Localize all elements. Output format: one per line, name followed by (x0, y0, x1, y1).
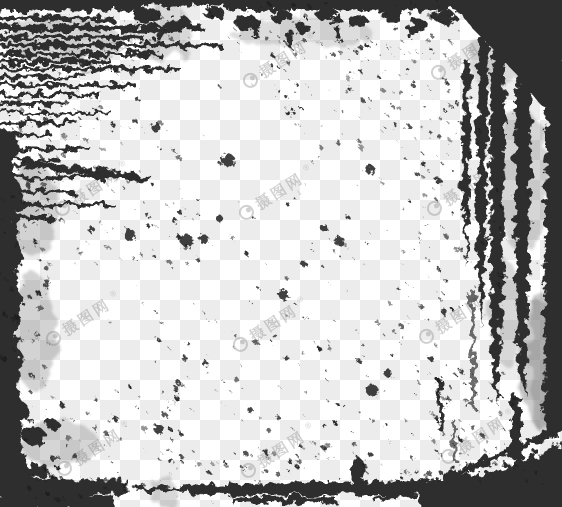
ink-speck (405, 322, 406, 323)
ink-speck (23, 284, 24, 285)
ink-speck (300, 21, 301, 22)
ink-speck (389, 440, 390, 441)
ink-speck (206, 354, 207, 355)
ink-speck (104, 478, 109, 483)
ink-speck (53, 181, 55, 183)
ink-speck (465, 441, 466, 442)
ink-speck (13, 349, 15, 351)
ink-speck (19, 232, 21, 234)
ink-speck (273, 334, 278, 339)
ink-speck (330, 239, 331, 240)
ink-speck (487, 441, 490, 444)
ink-speck (19, 122, 20, 123)
ink-speck (365, 44, 369, 48)
ink-speck (80, 125, 82, 127)
ink-speck (13, 273, 15, 275)
ink-speck (312, 243, 313, 244)
ink-speck (112, 172, 113, 173)
ink-speck (139, 396, 140, 397)
ink-speck (234, 334, 237, 337)
ink-speck (426, 39, 430, 43)
ink-speck (183, 462, 184, 463)
ink-speck (291, 107, 292, 108)
ink-speck (429, 247, 431, 249)
ink-speck (441, 163, 443, 165)
ink-speck (392, 91, 394, 93)
ink-speck (420, 239, 421, 240)
ink-speck (421, 126, 424, 129)
ink-speck (408, 316, 409, 317)
ink-speck (189, 38, 190, 39)
ink-speck (348, 70, 351, 73)
ink-speck (321, 265, 324, 268)
ink-speck (459, 246, 463, 250)
ink-speck (421, 161, 426, 166)
ink-speck (353, 452, 354, 453)
ink-speck (30, 391, 33, 394)
ink-speck (395, 5, 396, 6)
ink-speck (318, 347, 322, 351)
ink-speck (455, 101, 459, 105)
ink-speck (290, 108, 293, 111)
ink-speck (453, 43, 454, 44)
ink-speck (55, 455, 59, 459)
ink-speck (99, 220, 103, 224)
ink-speck (307, 317, 309, 319)
ink-speck (74, 455, 75, 456)
ink-speck (204, 136, 205, 137)
ink-speck (151, 54, 152, 55)
ink-speck (65, 120, 67, 122)
ink-speck (33, 240, 37, 244)
ink-speck (98, 105, 102, 109)
ink-speck (176, 154, 181, 159)
ink-speck (244, 469, 245, 470)
ink-speck (443, 278, 444, 279)
ink-speck (94, 398, 97, 401)
ink-speck (456, 133, 458, 135)
ink-speck (225, 464, 229, 468)
ink-speck (447, 121, 449, 123)
ink-speck (511, 406, 513, 408)
ink-speck (391, 354, 394, 357)
ink-speck (495, 188, 498, 191)
ink-speck (190, 409, 192, 411)
ink-speck (113, 416, 119, 422)
ink-speck (194, 6, 195, 7)
ink-speck (522, 375, 523, 376)
ink-speck (169, 348, 170, 349)
ink-speck (518, 430, 519, 431)
ink-speck (19, 239, 21, 241)
ink-speck (427, 224, 429, 226)
ink-speck (442, 293, 443, 294)
ink-speck (444, 109, 447, 112)
ink-speck (386, 71, 387, 72)
ink-speck (167, 205, 168, 206)
ink-speck (409, 473, 411, 475)
ink-speck (436, 391, 438, 393)
ink-speck (26, 231, 27, 232)
ink-speck (32, 207, 34, 209)
ink-speck (349, 59, 350, 60)
ink-speck (451, 435, 452, 436)
ink-speck (426, 258, 429, 261)
ink-speck (31, 125, 33, 127)
ink-speck (292, 3, 296, 7)
ink-speck (18, 128, 22, 132)
ink-speck (347, 290, 349, 292)
ink-speck (366, 36, 368, 38)
ink-speck (233, 346, 235, 348)
ink-speck (354, 50, 358, 54)
ink-speck (114, 206, 115, 207)
ink-speck (140, 171, 142, 173)
ink-speck (336, 140, 340, 144)
ink-speck (187, 342, 190, 345)
ink-speck (408, 322, 410, 324)
ink-speck (285, 95, 288, 98)
ink-speck (24, 438, 28, 442)
ink-speck (424, 474, 428, 478)
ink-speck (400, 75, 401, 76)
ink-speck (367, 106, 368, 107)
ink-speck (169, 428, 173, 432)
ink-speck (299, 124, 301, 126)
ink-speck (64, 200, 66, 202)
ink-speck (185, 216, 187, 218)
ink-speck (342, 133, 343, 134)
ink-speck (411, 13, 412, 14)
ink-speck (323, 424, 327, 428)
ink-speck (147, 412, 148, 413)
ink-speck (105, 56, 106, 57)
ink-speck (109, 321, 112, 324)
ink-speck (64, 100, 69, 105)
ink-speck (295, 464, 299, 468)
ink-speck (457, 436, 458, 437)
ink-speck (432, 439, 436, 443)
ink-speck (278, 385, 280, 387)
ink-speck (358, 45, 363, 50)
ink-speck (13, 243, 18, 248)
ink-speck (63, 181, 64, 182)
ink-speck (353, 484, 354, 485)
ink-speck (532, 457, 533, 458)
ink-speck (79, 440, 80, 441)
ink-speck (178, 431, 181, 434)
ink-speck (452, 106, 454, 108)
ink-speck (418, 241, 420, 243)
ink-speck (318, 156, 320, 158)
ink-speck (328, 341, 329, 342)
ink-speck (483, 289, 484, 290)
ink-speck (319, 146, 323, 150)
ink-speck (359, 69, 362, 72)
ink-speck (369, 232, 370, 233)
ink-speck (384, 335, 386, 337)
ink-speck (45, 279, 50, 284)
ink-speck (173, 203, 174, 204)
ink-speck (144, 203, 145, 204)
ink-speck (436, 267, 440, 271)
ink-speck (300, 350, 303, 353)
ink-speck (345, 90, 349, 94)
ink-speck (331, 52, 335, 56)
ink-speck (132, 257, 136, 261)
ink-speck (443, 314, 445, 316)
ink-speck (344, 243, 348, 247)
ink-speck (345, 76, 350, 81)
ink-speck (348, 48, 349, 49)
ink-speck (329, 90, 330, 91)
ink-speck (19, 109, 25, 115)
ink-speck (51, 474, 54, 477)
ink-speck (478, 411, 480, 413)
ink-speck (377, 75, 380, 78)
ink-speck (143, 6, 144, 7)
ink-speck (123, 485, 126, 488)
ink-speck (119, 438, 122, 441)
ink-speck (258, 37, 260, 39)
ink-speck (2, 108, 4, 110)
ink-speck (7, 105, 9, 107)
ink-speck (47, 199, 50, 202)
ink-speck (107, 68, 108, 69)
ink-speck (403, 265, 404, 266)
ink-speck (1, 198, 3, 200)
ink-speck (335, 41, 336, 42)
ink-speck (330, 54, 331, 55)
ink-speck (458, 455, 459, 456)
ink-speck (311, 160, 313, 162)
ink-speck (455, 248, 459, 252)
ink-speck (444, 234, 449, 239)
ink-speck (49, 154, 50, 155)
ink-speck (332, 249, 335, 252)
ink-speck (276, 23, 277, 24)
ink-speck (324, 56, 326, 58)
ink-speck (359, 145, 364, 150)
ink-speck (210, 243, 211, 244)
ink-speck (234, 452, 236, 454)
ink-speck (20, 338, 23, 341)
ink-speck (228, 37, 229, 38)
ink-speck (292, 112, 293, 113)
ink-speck (334, 110, 335, 111)
ink-speck (355, 22, 356, 23)
ink-speck (360, 117, 361, 118)
ink-speck (231, 392, 232, 393)
ink-speck (60, 426, 61, 427)
ink-speck (454, 431, 455, 432)
ink-speck (105, 245, 109, 249)
ink-speck (65, 435, 71, 441)
ink-speck (12, 66, 14, 68)
ink-speck (17, 98, 21, 102)
ink-speck (78, 250, 82, 254)
ink-speck (393, 130, 394, 131)
ink-speck (120, 258, 121, 259)
ink-blot (366, 384, 378, 396)
ink-speck (93, 128, 94, 129)
ink-speck (418, 177, 419, 178)
ink-speck (384, 127, 385, 128)
ink-speck (152, 254, 156, 258)
ink-speck (35, 290, 41, 296)
ink-speck (79, 118, 81, 120)
ink-speck (414, 249, 415, 250)
ink-speck (159, 147, 161, 149)
ink-speck (35, 497, 37, 499)
ink-speck (197, 214, 199, 216)
ink-speck (144, 132, 146, 134)
ink-speck (215, 320, 217, 322)
ink-speck (121, 87, 124, 90)
ink-speck (278, 90, 281, 93)
ink-speck (233, 377, 238, 382)
ink-speck (429, 48, 432, 51)
ink-speck (465, 404, 468, 407)
ink-speck (12, 128, 14, 130)
ink-speck (467, 134, 468, 135)
ink-speck (458, 419, 460, 421)
ink-speck (481, 433, 485, 437)
ink-speck (476, 392, 478, 394)
ink-speck (465, 463, 468, 466)
ink-speck (542, 483, 544, 485)
ink-speck (476, 477, 477, 478)
ink-speck (185, 208, 186, 209)
ink-speck (293, 112, 296, 115)
ink-speck (51, 214, 53, 216)
ink-speck (55, 465, 60, 470)
ink-speck (35, 246, 36, 247)
ink-speck (19, 305, 20, 306)
ink-speck (38, 149, 39, 150)
ink-speck (82, 478, 83, 479)
ink-speck (357, 40, 358, 41)
ink-speck (438, 392, 440, 394)
ink-speck (48, 115, 49, 116)
ink-speck (430, 58, 431, 59)
ink-speck (219, 15, 220, 16)
ink-speck (422, 53, 423, 54)
ink-speck (296, 455, 298, 457)
ink-speck (459, 306, 460, 307)
ink-speck (44, 468, 48, 472)
ink-speck (437, 5, 439, 7)
ink-speck (473, 220, 474, 221)
ink-speck (264, 449, 270, 455)
ink-speck (421, 175, 424, 178)
ink-speck (386, 45, 387, 46)
ink-speck (159, 480, 160, 481)
ink-speck (59, 218, 63, 222)
ink-speck (424, 105, 426, 107)
ink-speck (160, 321, 163, 324)
ink-speck (29, 373, 34, 378)
ink-speck (384, 427, 385, 428)
ink-speck (181, 461, 184, 464)
ink-speck (438, 481, 439, 482)
ink-speck (129, 71, 133, 75)
ink-speck (338, 41, 340, 43)
ink-speck (95, 263, 96, 264)
ink-speck (159, 15, 162, 18)
ink-speck (339, 256, 341, 258)
ink-blot (216, 215, 223, 222)
ink-speck (479, 480, 481, 482)
ink-speck (105, 230, 107, 232)
ink-speck (209, 472, 211, 474)
ink-speck (469, 152, 472, 155)
ink-speck (481, 242, 483, 244)
ink-speck (294, 91, 296, 93)
ink-speck (286, 315, 288, 317)
ink-speck (32, 222, 35, 225)
ink-speck (413, 60, 416, 63)
ink-speck (240, 50, 241, 51)
ink-speck (73, 420, 75, 422)
ink-speck (168, 459, 172, 463)
ink-speck (407, 75, 408, 76)
ink-speck (161, 412, 167, 418)
ink-speck (142, 483, 145, 486)
ink-speck (188, 377, 189, 378)
ink-blot (320, 224, 328, 232)
ink-speck (432, 99, 433, 100)
ink-speck (420, 478, 422, 480)
ink-speck (251, 83, 252, 84)
ink-speck (411, 456, 414, 459)
ink-speck (402, 250, 405, 253)
ink-speck (9, 91, 10, 92)
ink-speck (1, 110, 2, 111)
ink-speck (443, 23, 446, 26)
ink-speck (399, 342, 400, 343)
ink-speck (407, 125, 411, 129)
ink-speck (136, 285, 137, 286)
ink-speck (152, 249, 153, 250)
ink-speck (196, 257, 200, 261)
ink-speck (380, 179, 381, 180)
ink-speck (430, 90, 431, 91)
ink-speck (392, 330, 396, 334)
ink-speck (489, 416, 491, 418)
ink-speck (223, 405, 224, 406)
ink-speck (33, 146, 34, 147)
ink-speck (145, 213, 149, 217)
ink-speck (175, 380, 180, 385)
ink-speck (247, 407, 253, 413)
ink-speck (3, 219, 4, 220)
ink-speck (429, 131, 432, 134)
ink-speck (276, 416, 280, 420)
ink-speck (417, 370, 419, 372)
ink-speck (27, 295, 31, 299)
ink-speck (261, 6, 263, 8)
ink-speck (437, 389, 439, 391)
ink-speck (335, 458, 336, 459)
ink-speck (299, 365, 300, 366)
ink-speck (438, 117, 441, 120)
ink-speck (29, 92, 30, 93)
ink-speck (175, 396, 180, 401)
ink-speck (469, 179, 470, 180)
ink-speck (75, 211, 76, 212)
ink-speck (126, 228, 127, 229)
